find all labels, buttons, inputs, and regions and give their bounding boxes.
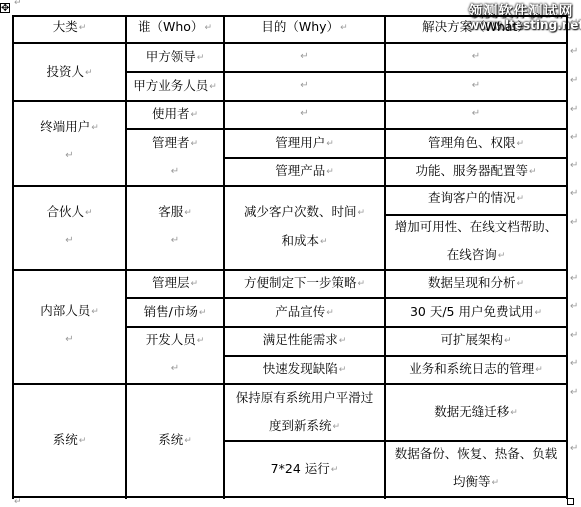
what-label: 均衡等 <box>453 474 491 489</box>
paragraph-mark-icon: ↵ <box>472 43 480 71</box>
who-cell[interactable]: 客服↵ ↵ <box>127 198 223 270</box>
paragraph-mark-icon: ↵ <box>300 100 308 128</box>
paragraph-mark-icon: ↵ <box>510 408 518 418</box>
who-cell[interactable]: 销售/市场↵ <box>127 298 223 326</box>
what-cell[interactable]: 功能、服务器配置等↵ <box>386 157 566 185</box>
paragraph-mark-icon: ↵ <box>516 194 524 204</box>
paragraph-mark-icon: ↵ <box>357 279 365 289</box>
paragraph-mark-icon: ↵ <box>340 23 348 33</box>
paragraph-mark-icon: ↵ <box>190 139 198 149</box>
what-label: 30 天/5 用户免费试用 <box>410 304 534 319</box>
paragraph-mark-icon: ↵ <box>339 365 347 375</box>
why-cell[interactable]: ↵ <box>225 72 384 100</box>
paragraph-mark-icon: ↵ <box>171 355 179 383</box>
what-cell[interactable]: 查询客户的情况↵ <box>386 184 566 213</box>
paragraph-mark-icon: ↵ <box>190 110 198 120</box>
what-cell[interactable]: ↵ <box>386 43 566 71</box>
paragraph-mark-icon: ↵ <box>79 436 87 446</box>
who-label: 客服 <box>158 204 183 219</box>
paragraph-mark-icon: ↵ <box>516 279 524 289</box>
why-label: 产品宣传 <box>275 304 325 319</box>
who-label: 管理者 <box>152 135 190 150</box>
paragraph-mark-icon: ↵ <box>171 158 179 186</box>
why-cell[interactable]: 保持原有系统用户平滑过 度到新系统↵ <box>225 384 384 440</box>
what-label: 管理角色、权限 <box>428 135 516 150</box>
why-label: 和成本 <box>281 233 319 248</box>
who-label: 销售/市场 <box>144 304 198 319</box>
what-label: 可扩展架构 <box>440 332 503 347</box>
table-border-right <box>566 15 568 499</box>
why-cell[interactable]: 管理用户↵ <box>225 129 384 157</box>
row-end-mark-icon: ↵ <box>570 132 578 143</box>
header-label: 目的（Why） <box>261 19 339 34</box>
what-label: 增加可用性、在线文档帮助、 <box>395 219 558 234</box>
what-cell[interactable]: 增加可用性、在线文档帮助、 在线咨询↵ <box>386 213 566 269</box>
header-cell-category[interactable]: 大类↵ <box>14 13 125 42</box>
row-end-mark-icon: ↵ <box>570 17 578 28</box>
paragraph-mark-icon: ↵ <box>65 227 73 255</box>
paragraph-mark-icon: ↵ <box>197 336 205 346</box>
what-label: 查询客户的情况 <box>428 190 516 205</box>
paragraph-mark-icon: ↵ <box>326 308 334 318</box>
category-cell-internal[interactable]: 内部人员↵ ↵ <box>14 297 125 383</box>
row-end-mark-icon: ↵ <box>570 443 578 454</box>
what-cell[interactable]: 可扩展架构↵ <box>386 326 566 355</box>
paragraph-mark-icon: ↵ <box>491 478 499 488</box>
paragraph-mark-icon: ↵ <box>300 43 308 71</box>
row-end-mark-icon: ↵ <box>570 217 578 228</box>
what-cell[interactable]: ↵ <box>386 72 566 100</box>
paragraph-mark-icon: ↵ <box>534 308 542 318</box>
who-cell[interactable]: 管理层↵ <box>127 269 223 297</box>
header-cell-what[interactable]: 解决方案（What） <box>386 13 566 42</box>
paragraph-mark-icon: ↵ <box>171 227 179 255</box>
why-label: 减少客户次数、时间 <box>244 204 357 219</box>
what-cell[interactable]: 30 天/5 用户免费试用↵ <box>386 298 566 326</box>
paragraph-mark-icon: ↵ <box>326 139 334 149</box>
paragraph-mark-icon: ↵ <box>472 72 480 100</box>
paragraph-mark-icon: ↵ <box>197 53 205 63</box>
why-label: 7*24 运行 <box>271 461 330 476</box>
why-cell[interactable]: 方便制定下一步策略↵ <box>225 269 384 297</box>
table-move-handle-icon[interactable]: ✥ <box>0 3 10 13</box>
row-end-mark-icon: ↵ <box>570 358 578 369</box>
paragraph-mark-icon: ↵ <box>85 208 93 218</box>
paragraph-mark-icon: ↵ <box>300 72 308 100</box>
category-label: 系统 <box>53 432 78 447</box>
why-label: 管理产品 <box>275 163 325 178</box>
why-cell[interactable]: ↵ <box>225 43 384 71</box>
why-cell[interactable]: 产品宣传↵ <box>225 298 384 326</box>
what-cell[interactable]: 管理角色、权限↵ <box>386 129 566 157</box>
paragraph-mark-icon: ↵ <box>472 100 480 128</box>
what-cell[interactable]: ↵ <box>386 100 566 128</box>
paragraph-mark-icon: ↵ <box>184 208 192 218</box>
header-cell-who[interactable]: 谁（Who）↵ <box>127 13 223 42</box>
paragraph-mark-icon: ↵ <box>498 251 506 261</box>
header-label: 谁（Who） <box>138 19 203 34</box>
paragraph-mark-icon: ↵ <box>91 307 99 317</box>
paragraph-mark-icon: ↵ <box>339 336 347 346</box>
what-label: 业务和系统日志的管理 <box>409 361 534 376</box>
why-cell[interactable]: 满足性能需求↵ <box>225 326 384 355</box>
paragraph-mark-icon: ↵ <box>65 326 73 354</box>
row-end-mark-icon: ↵ <box>570 273 578 284</box>
what-label: 在线咨询 <box>447 247 497 262</box>
paragraph-mark-icon: ↵ <box>326 167 334 177</box>
what-label: 数据呈现和分析 <box>428 275 516 290</box>
paragraph-mark-icon: ↵ <box>14 497 22 507</box>
row-end-mark-icon: ↵ <box>570 188 578 199</box>
paragraph-mark-icon: ↵ <box>14 0 22 8</box>
row-end-mark-icon: ↵ <box>570 301 578 312</box>
category-cell-investor[interactable]: 投资人↵ <box>14 44 125 100</box>
paragraph-mark-icon: ↵ <box>199 308 207 318</box>
row-end-mark-icon: ↵ <box>570 75 578 86</box>
category-cell-partner[interactable]: 合伙人↵ ↵ <box>14 198 125 270</box>
header-label: 解决方案（What） <box>422 19 530 34</box>
what-cell[interactable]: 业务和系统日志的管理↵ <box>386 355 566 383</box>
paragraph-mark-icon: ↵ <box>91 123 99 133</box>
row-end-mark-icon: ↵ <box>570 387 578 398</box>
who-label: 管理层 <box>152 275 190 290</box>
paragraph-mark-icon: ↵ <box>332 422 340 432</box>
row-end-mark-icon: ↵ <box>570 330 578 341</box>
what-label: 数据备份、恢复、热备、负载 <box>395 446 558 461</box>
why-label: 快速发现缺陷 <box>263 361 338 376</box>
who-label: 使用者 <box>152 106 190 121</box>
paragraph-mark-icon: ↵ <box>65 142 73 170</box>
paragraph-mark-icon: ↵ <box>190 279 198 289</box>
category-label: 内部人员 <box>40 303 90 318</box>
paragraph-mark-icon: ↵ <box>85 68 93 78</box>
why-cell[interactable]: 管理产品↵ <box>225 157 384 185</box>
why-label: 方便制定下一步策略 <box>244 275 357 290</box>
why-cell[interactable]: 7*24 运行↵ <box>225 442 384 496</box>
why-cell[interactable]: 减少客户次数、时间↵ 和成本↵ <box>225 198 384 270</box>
paragraph-mark-icon: ↵ <box>79 23 87 33</box>
who-cell[interactable]: 开发人员↵ ↵ <box>127 326 223 383</box>
why-label: 满足性能需求 <box>263 332 338 347</box>
who-label: 开发人员 <box>146 332 196 347</box>
who-cell[interactable]: 甲方领导↵ <box>127 43 223 71</box>
paragraph-mark-icon: ↵ <box>209 82 217 92</box>
why-cell[interactable]: 快速发现缺陷↵ <box>225 355 384 383</box>
who-label: 甲方业务人员 <box>133 78 208 93</box>
category-label: 投资人 <box>46 64 84 79</box>
who-cell[interactable]: 甲方业务人员↵ <box>127 72 223 100</box>
what-cell[interactable]: 数据呈现和分析↵ <box>386 269 566 297</box>
paragraph-mark-icon: ↵ <box>184 436 192 446</box>
who-cell[interactable]: 使用者↵ <box>127 100 223 128</box>
paragraph-mark-icon: ↵ <box>535 365 543 375</box>
paragraph-mark-icon: ↵ <box>320 237 328 247</box>
paragraph-mark-icon: ↵ <box>516 139 524 149</box>
paragraph-mark-icon: ↵ <box>504 336 512 346</box>
header-cell-why[interactable]: 目的（Why）↵ <box>225 13 384 42</box>
who-cell[interactable]: 管理者↵ ↵ <box>127 129 223 185</box>
paragraph-mark-icon: ↵ <box>357 208 365 218</box>
why-cell[interactable]: ↵ <box>225 100 384 128</box>
what-label: 数据无缝迁移 <box>434 404 509 419</box>
paragraph-mark-icon: ↵ <box>331 465 339 475</box>
paragraph-mark-icon: ↵ <box>529 167 537 177</box>
who-label: 系统 <box>158 432 183 447</box>
table-resize-handle[interactable] <box>567 498 574 505</box>
who-label: 甲方领导 <box>146 49 196 64</box>
paragraph-mark-icon: ↵ <box>204 23 212 33</box>
why-label: 保持原有系统用户平滑过 <box>236 390 374 405</box>
what-label: 功能、服务器配置等 <box>415 163 528 178</box>
category-cell-end-user[interactable]: 终端用户↵ ↵ <box>14 113 125 185</box>
category-label: 终端用户 <box>40 119 90 134</box>
category-cell-system[interactable]: 系统↵ <box>14 385 125 496</box>
why-label: 度到新系统 <box>269 418 332 433</box>
row-end-mark-icon: ↵ <box>570 160 578 171</box>
row-end-mark-icon: ↵ <box>570 104 578 115</box>
row-end-mark-icon: ↵ <box>570 46 578 57</box>
category-label: 合伙人 <box>46 204 84 219</box>
what-cell[interactable]: 数据无缝迁移↵ <box>386 385 566 440</box>
header-label: 大类 <box>53 19 78 34</box>
why-label: 管理用户 <box>275 135 325 150</box>
who-cell[interactable]: 系统↵ <box>127 385 223 496</box>
what-cell[interactable]: 数据备份、恢复、热备、负载 均衡等↵ <box>386 440 566 496</box>
